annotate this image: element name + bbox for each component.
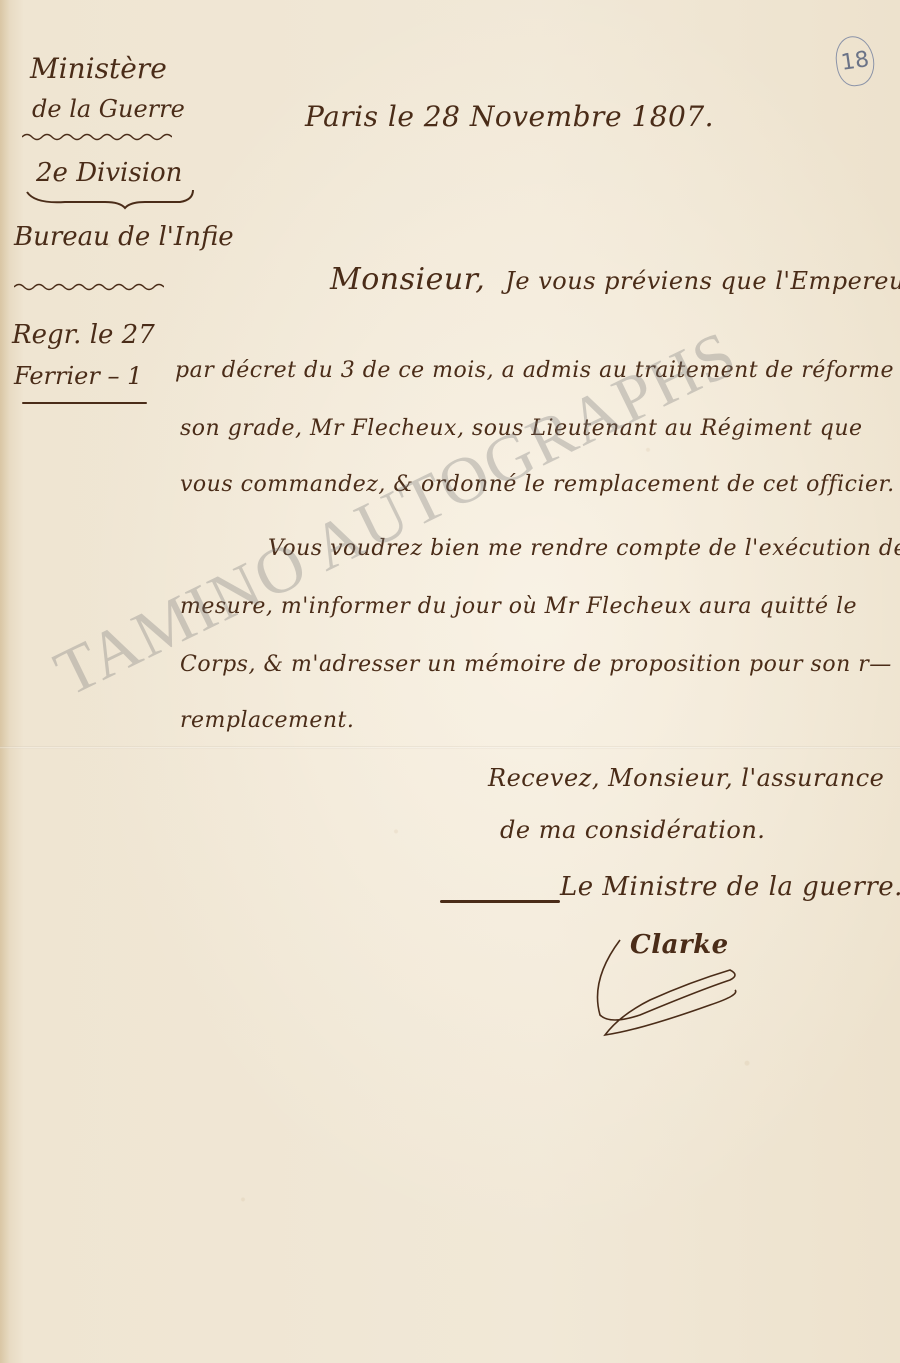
archive-number: 18 [839,47,870,76]
body-line-2: par décret du 3 de ce mois, a admis au t… [175,358,900,383]
salutation-line: Monsieur, Je vous préviens que l'Empereu… [330,262,900,297]
body-line-8: remplacement. [180,708,354,733]
signature: Clarke [580,920,760,1040]
margin-line-guerre: de la Guerre [32,95,185,123]
margin-line-ministere: Ministère [30,52,167,85]
signature-flourish [440,900,560,903]
signature-flourish-icon [580,920,760,1040]
margin-line-bureau: Bureau de l'Infie [14,222,234,252]
margin-line-registered: Regr. le 27 [12,320,155,350]
body-line-1: Je vous préviens que l'Empereur [505,267,900,295]
wavy-divider-icon [14,282,164,292]
dateline: Paris le 28 Novembre 1807. [305,100,714,133]
closing-line-1: Recevez, Monsieur, l'assurance [488,764,884,792]
salutation: Monsieur, [330,262,485,297]
underline-rule [22,402,147,404]
margin-line-division: 2e Division [36,158,182,188]
signature-title: Le Ministre de la guerre. [560,872,900,902]
brace-divider-icon [25,188,195,210]
wavy-divider-icon [22,132,172,142]
body-line-7: Corps, & m'adresser un mémoire de propos… [180,652,892,677]
margin-line-ferrier: Ferrier – 1 [14,362,142,390]
fold-crease [0,746,900,749]
closing-line-2: de ma considération. [500,816,765,844]
